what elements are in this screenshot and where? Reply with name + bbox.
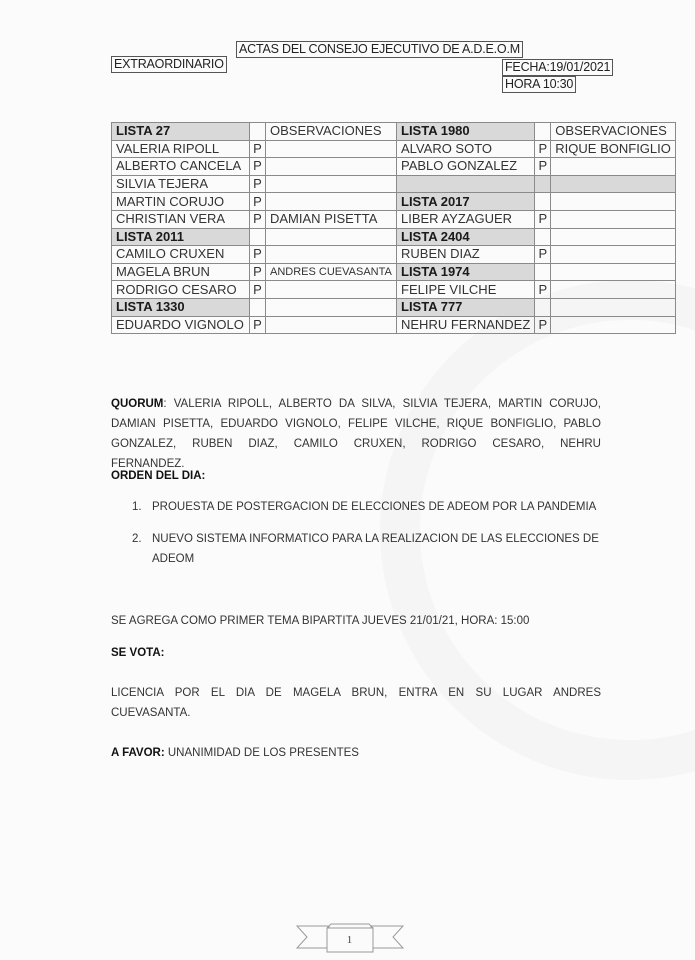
- observation-cell: [551, 175, 676, 193]
- presence-cell: P: [535, 316, 551, 334]
- member-name-cell: CAMILO CRUXEN: [112, 246, 250, 264]
- page-number: 1: [327, 928, 372, 952]
- list-header-cell: LISTA 1974: [397, 263, 535, 281]
- agenda-item-number: 1.: [132, 497, 142, 517]
- observation-cell: [266, 281, 397, 299]
- presence-cell: [535, 193, 551, 211]
- presence-cell: P: [250, 193, 266, 211]
- table-row: MAGELA BRUNPANDRES CUEVASANTALISTA 1974: [112, 263, 676, 281]
- table-row: LISTA 1330LISTA 777: [112, 298, 676, 316]
- observation-cell: [266, 228, 397, 246]
- member-name-cell: FELIPE VILCHE: [397, 281, 535, 299]
- member-name-cell: CHRISTIAN VERA: [112, 210, 250, 228]
- observation-cell: ANDRES CUEVASANTA: [266, 263, 397, 281]
- member-name-cell: ALBERTO CANCELA: [112, 158, 250, 176]
- presence-cell: [535, 175, 551, 193]
- presence-cell: [250, 123, 266, 141]
- table-row: LISTA 2011LISTA 2404: [112, 228, 676, 246]
- session-type: EXTRAORDINARIO: [111, 56, 227, 73]
- observation-cell: [266, 175, 397, 193]
- list-header-cell: LISTA 2011: [112, 228, 250, 246]
- presence-cell: P: [250, 210, 266, 228]
- agenda-item-text: PROUESTA DE POSTERGACION DE ELECCIONES D…: [152, 497, 602, 517]
- presence-cell: P: [250, 263, 266, 281]
- member-name-cell: MAGELA BRUN: [112, 263, 250, 281]
- table-row: CHRISTIAN VERAPDAMIAN PISETTALIBER AYZAG…: [112, 210, 676, 228]
- observation-cell: [551, 228, 676, 246]
- table-row: CAMILO CRUXENPRUBEN DIAZP: [112, 246, 676, 264]
- presence-cell: [250, 228, 266, 246]
- presence-cell: [535, 263, 551, 281]
- observation-cell: RIQUE BONFIGLIO: [551, 140, 676, 158]
- presence-cell: P: [535, 140, 551, 158]
- agenda-item-text: NUEVO SISTEMA INFORMATICO PARA LA REALIZ…: [152, 529, 602, 569]
- presence-cell: P: [250, 158, 266, 176]
- presence-cell: P: [535, 246, 551, 264]
- vote-result: A FAVOR: UNANIMIDAD DE LOS PRESENTES: [111, 743, 601, 763]
- observation-cell: [551, 193, 676, 211]
- observation-cell: [551, 263, 676, 281]
- observation-cell: [266, 158, 397, 176]
- agenda-title: ORDEN DEL DIA:: [111, 466, 601, 486]
- attendance-table: LISTA 27OBSERVACIONESLISTA 1980OBSERVACI…: [111, 122, 676, 334]
- table-row: ALBERTO CANCELAPPABLO GONZALEZP: [112, 158, 676, 176]
- agenda-item-number: 2.: [132, 529, 142, 549]
- list-header-cell: LISTA 777: [397, 298, 535, 316]
- table-row: RODRIGO CESAROPFELIPE VILCHEP: [112, 281, 676, 299]
- document-title: ACTAS DEL CONSEJO EJECUTIVO DE A.D.E.O.M: [236, 41, 523, 58]
- observation-cell: [266, 316, 397, 334]
- list-header-cell: LISTA 1330: [112, 298, 250, 316]
- observation-cell: OBSERVACIONES: [266, 123, 397, 141]
- member-name-cell: VALERIA RIPOLL: [112, 140, 250, 158]
- member-name-cell: ALVARO SOTO: [397, 140, 535, 158]
- presence-cell: [535, 123, 551, 141]
- vote-result-text: UNANIMIDAD DE LOS PRESENTES: [165, 747, 359, 759]
- presence-cell: P: [250, 281, 266, 299]
- quorum-members: : VALERIA RIPOLL, ALBERTO DA SILVA, SILV…: [111, 398, 601, 470]
- table-row: SILVIA TEJERAP: [112, 175, 676, 193]
- observation-cell: [551, 316, 676, 334]
- observation-cell: OBSERVACIONES: [551, 123, 676, 141]
- added-topic: SE AGREGA COMO PRIMER TEMA BIPARTITA JUE…: [111, 611, 601, 631]
- member-name-cell: RODRIGO CESARO: [112, 281, 250, 299]
- table-row: LISTA 27OBSERVACIONESLISTA 1980OBSERVACI…: [112, 123, 676, 141]
- presence-cell: P: [535, 158, 551, 176]
- list-header-cell: LISTA 2017: [397, 193, 535, 211]
- member-name-cell: [397, 175, 535, 193]
- quorum-label: QUORUM: [111, 398, 163, 410]
- vote-result-label: A FAVOR:: [111, 747, 165, 759]
- table-row: MARTIN CORUJOPLISTA 2017: [112, 193, 676, 211]
- member-name-cell: RUBEN DIAZ: [397, 246, 535, 264]
- member-name-cell: EDUARDO VIGNOLO: [112, 316, 250, 334]
- observation-cell: [266, 193, 397, 211]
- observation-cell: [551, 281, 676, 299]
- observation-cell: DAMIAN PISETTA: [266, 210, 397, 228]
- observation-cell: [266, 246, 397, 264]
- presence-cell: [535, 298, 551, 316]
- presence-cell: [250, 298, 266, 316]
- vote-title: SE VOTA:: [111, 643, 601, 663]
- list-header-cell: LISTA 1980: [397, 123, 535, 141]
- observation-cell: [266, 140, 397, 158]
- member-name-cell: PABLO GONZALEZ: [397, 158, 535, 176]
- observation-cell: [551, 298, 676, 316]
- observation-cell: [266, 298, 397, 316]
- table-row: VALERIA RIPOLLPALVARO SOTOPRIQUE BONFIGL…: [112, 140, 676, 158]
- vote-motion: LICENCIA POR EL DIA DE MAGELA BRUN, ENTR…: [111, 683, 601, 723]
- table-row: EDUARDO VIGNOLOPNEHRU FERNANDEZP: [112, 316, 676, 334]
- observation-cell: [551, 210, 676, 228]
- presence-cell: P: [250, 316, 266, 334]
- presence-cell: P: [250, 175, 266, 193]
- presence-cell: P: [250, 246, 266, 264]
- member-name-cell: LIBER AYZAGUER: [397, 210, 535, 228]
- presence-cell: P: [250, 140, 266, 158]
- member-name-cell: SILVIA TEJERA: [112, 175, 250, 193]
- observation-cell: [551, 246, 676, 264]
- session-time: HORA 10:30: [502, 76, 576, 93]
- member-name-cell: MARTIN CORUJO: [112, 193, 250, 211]
- list-header-cell: LISTA 2404: [397, 228, 535, 246]
- member-name-cell: NEHRU FERNANDEZ: [397, 316, 535, 334]
- quorum-paragraph: QUORUM: VALERIA RIPOLL, ALBERTO DA SILVA…: [111, 394, 601, 474]
- list-header-cell: LISTA 27: [112, 123, 250, 141]
- observation-cell: [551, 158, 676, 176]
- session-date: FECHA:19/01/2021: [502, 59, 613, 76]
- presence-cell: P: [535, 210, 551, 228]
- presence-cell: P: [535, 281, 551, 299]
- presence-cell: [535, 228, 551, 246]
